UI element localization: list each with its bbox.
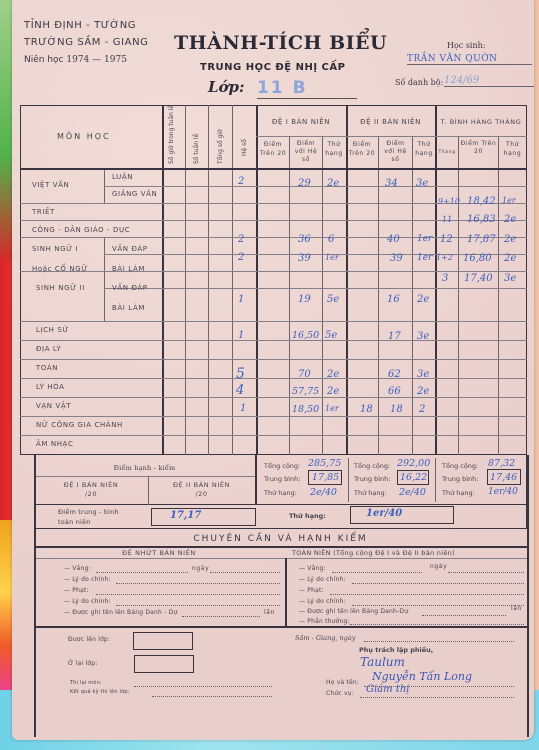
s1-score-viet-van: 29 xyxy=(298,178,311,189)
sem1-coef-score-header: Điểm với Hệ số xyxy=(291,140,321,164)
position-field[interactable] xyxy=(360,697,514,698)
subject-ly-hoa: LÝ HÓA xyxy=(36,383,65,391)
coef-lich-su: 1 xyxy=(238,330,244,341)
s1-rank-ly-hoa: 2e xyxy=(327,386,339,397)
month-rank-2: 2e xyxy=(504,214,516,225)
year-average-label-1: Điểm trung - bình xyxy=(58,508,119,516)
s1-rank-toan: 2e xyxy=(327,369,339,380)
month-rank-3: 2e xyxy=(504,234,516,245)
s1-score-toan: 70 xyxy=(298,369,311,380)
sem1-total-label: Tổng cộng: xyxy=(264,462,300,470)
name-label: Họ và tên: xyxy=(326,679,359,686)
left-reason-label: — Lý do chính: xyxy=(64,576,111,583)
coef-sinh-ngu-2: 1 xyxy=(238,294,244,305)
subject-cong-dan: CÔNG - DÂN GIÁO - DỤC xyxy=(32,226,130,234)
left-times-label: lần xyxy=(264,609,275,616)
s2-rank-toan: 3e xyxy=(417,369,429,380)
sem1-header: ĐỆ I BÁN NIÊN xyxy=(256,118,346,126)
coef-cong-dan: 2 xyxy=(238,234,244,245)
left-reason-field[interactable] xyxy=(116,583,280,584)
s2-score-toan: 62 xyxy=(388,369,401,380)
subject-sub-van-dap-1: VẤN ĐÁP xyxy=(112,245,148,253)
sem2-total-label: Tổng cộng: xyxy=(354,462,390,470)
month-2: 11 xyxy=(442,215,452,224)
monthly-avg-value: 17,46 xyxy=(490,472,517,483)
s1-rank-lich-su: 5e xyxy=(325,330,337,341)
conduct-sem2-denom: /20 xyxy=(148,490,255,498)
student-label: Học sinh: xyxy=(447,41,485,50)
month-5: 3 xyxy=(442,273,448,284)
subject-sub-van-dap-2: VẤN ĐÁP xyxy=(112,284,148,292)
s2-score-sinh-ngu-2: 16 xyxy=(387,294,400,305)
month-score-1: 18,42 xyxy=(467,196,496,207)
sem1-rank-label: Thứ hạng: xyxy=(264,489,297,497)
attendance-title: CHUYÊN CẦN VÀ HẠNH KIỂM xyxy=(34,534,527,544)
teacher-label: Phụ trách lập phiếu, xyxy=(359,646,433,654)
year-rank-value: 1er/40 xyxy=(366,508,402,519)
s2-rank-ly-hoa: 2e xyxy=(417,386,429,397)
retake-field[interactable] xyxy=(134,686,272,687)
page-title: THÀNH-TÍCH BIỂU xyxy=(174,32,387,54)
left-absent-field[interactable] xyxy=(96,572,188,573)
position-label: Chức vụ: xyxy=(326,690,354,697)
s2-coef-van-vat: 18 xyxy=(390,404,403,415)
sem2-coef-score-header: Điểm với Hệ số xyxy=(380,140,411,164)
right-reason2-field[interactable] xyxy=(352,605,524,606)
sem1-avg-value: 17,85 xyxy=(312,472,339,483)
s1-rank-viet-van: 2e xyxy=(327,178,339,189)
left-penalty-field[interactable] xyxy=(96,594,280,595)
position-value: Giám thị xyxy=(366,684,409,695)
right-absent-field[interactable] xyxy=(332,572,422,573)
subject-sub-luan: LUẬN xyxy=(112,173,133,181)
promoted-box[interactable] xyxy=(133,632,193,650)
right-penalty-label: — Phạt: xyxy=(299,587,324,594)
month-header: Tháng xyxy=(436,150,458,155)
sem2-avg-value: 16,22 xyxy=(400,472,427,483)
conduct-label: Điểm hạnh - kiểm xyxy=(34,464,255,472)
student-name: TRẦN VĂN QUỜN xyxy=(407,54,532,65)
month-rank-4: 2e xyxy=(504,253,516,264)
year-rank-label: Thứ hạng: xyxy=(289,512,326,520)
year-average-box xyxy=(151,508,256,526)
s1-score-ly-hoa: 57,75 xyxy=(292,386,319,397)
s2-rank-sinh-ngu-1: 1er xyxy=(417,253,432,263)
left-penalty-label: — Phạt: xyxy=(64,587,89,594)
sem1-rank-header: Thứ hạng xyxy=(323,140,345,158)
monthly-avg-label: Trung bình: xyxy=(442,475,478,483)
right-reason-field[interactable] xyxy=(352,583,524,584)
month-score-3: 17,87 xyxy=(467,234,496,245)
total-hours-header: Tổng số giờ xyxy=(217,114,224,164)
coef-sinh-ngu-1: 2 xyxy=(238,252,244,263)
s2-score-viet-van: 34 xyxy=(385,178,398,189)
subject-triet: TRIẾT xyxy=(32,208,55,216)
sem1-score-header: Điểm Trên 20 xyxy=(258,140,288,158)
promoted-label: Được lên lớp: xyxy=(68,636,110,643)
s1-score-sinh-ngu-1: 39 xyxy=(298,253,311,264)
subject-sinh-ngu-2: SINH NGỮ II xyxy=(36,284,85,292)
school-year: Niên học 1974 — 1975 xyxy=(24,55,127,65)
left-honor-field[interactable] xyxy=(182,616,260,617)
right-times-label: lần xyxy=(511,605,522,612)
right-day-field[interactable] xyxy=(448,572,524,573)
signature: Taulum xyxy=(360,655,405,669)
right-reason-label: — Lý do chính: xyxy=(299,576,346,583)
coef-van-vat: 1 xyxy=(240,403,246,414)
right-honor-label: — Được ghi tên lên Bảng Danh-Dự xyxy=(299,608,408,615)
monthly-rank-value: 1er/40 xyxy=(488,487,518,497)
subject-van-vat: VẠN VẬT xyxy=(36,402,71,410)
conduct-sem1-denom: /20 xyxy=(34,490,148,498)
s2-score-ly-hoa: 66 xyxy=(388,386,401,397)
s2-rank-cong-dan: 1er xyxy=(417,234,432,244)
right-penalty-field[interactable] xyxy=(330,594,524,595)
coef-viet-van: 2 xyxy=(238,176,244,187)
report-card-paper: TỈNH ĐỊNH - TƯỜNG TRƯỜNG SẦM - GIANG Niê… xyxy=(12,0,534,740)
month-score-5: 17,40 xyxy=(464,273,493,284)
s1-score-cong-dan: 36 xyxy=(298,234,311,245)
school-label: TRƯỜNG SẦM - GIANG xyxy=(24,37,149,48)
s2-rank-sinh-ngu-2: 2e xyxy=(417,294,429,305)
year-average-label-2: toàn niên xyxy=(58,518,91,526)
month-rank-5: 3e xyxy=(504,273,516,284)
right-honor-field[interactable] xyxy=(422,615,506,616)
subject-co-ngu: Hoặc CỔ NGỮ xyxy=(32,265,88,273)
attendance-right-header: TOÀN NIÊN (Tổng cộng Đệ I và Đệ II bán n… xyxy=(292,549,455,557)
class-label: Lớp: xyxy=(208,78,245,96)
s1-score-sinh-ngu-2: 19 xyxy=(298,294,311,305)
subject-am-nhac: ÂM NHẠC xyxy=(36,440,73,448)
sem2-score-header: Điểm Trên 20 xyxy=(347,140,377,158)
s1-rank-cong-dan: 6 xyxy=(328,234,334,245)
subject-sub-giang-van: GIẢNG VĂN xyxy=(112,190,157,198)
s2-score-lich-su: 17 xyxy=(388,331,401,342)
roll-value: 124/69 xyxy=(444,75,534,87)
s2-rank-lich-su: 3e xyxy=(417,331,429,342)
retake-label: Thi lại môn: xyxy=(70,680,102,686)
s2-score-cong-dan: 40 xyxy=(387,234,400,245)
s2-score-sinh-ngu-1: 39 xyxy=(390,253,403,264)
sem1-total-value: 285,75 xyxy=(308,458,341,469)
month-rank-1: 1er xyxy=(502,196,516,205)
coefficient-header: Hệ số xyxy=(241,116,248,156)
sem2-total-value: 292,00 xyxy=(397,458,430,469)
coef-toan: 5 xyxy=(236,366,245,382)
subject-toan: TOÁN xyxy=(36,364,58,372)
hours-per-week-header: Số giờ trong tuần lễ xyxy=(168,108,175,164)
monthly-rank-label: Thứ hạng: xyxy=(442,489,475,497)
left-honor-label: — Được ghi tên lên Bảng Danh - Dự xyxy=(64,609,177,616)
subject-nu-cong: NỮ CÔNG GIA CHÁNH xyxy=(36,421,123,429)
left-day-label: ngày xyxy=(192,565,209,572)
retake-result-label: Kết quả kỳ thi lên lớp: xyxy=(70,689,130,695)
retained-box[interactable] xyxy=(134,655,194,673)
province-label: TỈNH ĐỊNH - TƯỜNG xyxy=(24,20,136,31)
subject-sub-bai-lam-1: BÀI LÀM xyxy=(112,265,145,273)
monthly-total-value: 87,32 xyxy=(488,458,515,469)
month-3: 12 xyxy=(440,234,453,245)
s2-rank-viet-van: 3e xyxy=(416,178,428,189)
left-reason2-label: — Lý do chính: xyxy=(64,598,111,605)
right-day-label: ngày xyxy=(430,563,447,570)
s1-score-van-vat: 18,50 xyxy=(292,404,319,415)
page-subtitle: TRUNG HỌC ĐỆ NHỊ CẤP xyxy=(200,62,345,73)
s1-score-lich-su: 16,50 xyxy=(292,330,319,341)
left-reason2-field[interactable] xyxy=(116,605,280,606)
sem2-rank-label: Thứ hạng: xyxy=(354,489,387,497)
sem2-rank-header: Thứ hạng xyxy=(413,140,435,158)
coef-ly-hoa: 4 xyxy=(236,383,244,398)
right-award-label: — Phần thưởng: xyxy=(299,618,350,625)
subject-dia-ly: ĐỊA LÝ xyxy=(36,345,61,353)
conduct-sem2-label: ĐỆ II BÁN NIÊN xyxy=(148,481,255,489)
sem1-avg-label: Trung bình: xyxy=(264,475,300,483)
subject-header: MÔN HỌC xyxy=(57,132,111,141)
subject-lich-su: LỊCH SỬ xyxy=(36,326,69,334)
right-absent-label: — Vắng: xyxy=(299,565,326,572)
attendance-left-header: ĐỆ NHỨT BÁN NIÊN xyxy=(34,549,284,557)
s1-rank-van-vat: 1er xyxy=(325,404,339,413)
month-score-2: 16,83 xyxy=(467,214,496,225)
class-value: 11 B xyxy=(257,78,357,99)
month-1: 9+10 xyxy=(438,197,460,206)
left-day-field[interactable] xyxy=(210,572,280,573)
right-reason2-label: — Lý do chính: xyxy=(299,598,346,605)
roll-label: Số danh bộ: xyxy=(395,78,443,87)
left-absent-label: — Vắng: xyxy=(64,565,91,572)
sem1-rank-value: 2e/40 xyxy=(310,487,337,498)
right-award-field[interactable] xyxy=(350,624,524,625)
month-score-4: 16,80 xyxy=(463,253,492,264)
conduct-sem1-label: ĐỆ I BÁN NIÊN xyxy=(34,481,148,489)
monthly-header: T. BÌNH HÀNG THÁNG xyxy=(435,118,527,126)
s2-score20-van-vat: 18 xyxy=(360,404,373,415)
name-value: Nguyễn Tấn Long xyxy=(372,670,472,683)
subject-sub-bai-lam-2: BÀI LÀM xyxy=(112,304,145,312)
s1-rank-sinh-ngu-2: 5e xyxy=(327,294,339,305)
subject-viet-van: VIỆT VĂN xyxy=(32,181,69,189)
s2-rank-van-vat: 2 xyxy=(419,404,425,415)
weeks-header: Số tuần lễ xyxy=(193,114,200,164)
month-4: 1+2 xyxy=(436,253,453,262)
date-field[interactable] xyxy=(364,641,514,642)
year-average-value: 17,17 xyxy=(170,510,201,521)
retake-result-field[interactable] xyxy=(152,696,272,697)
s1-rank-sinh-ngu-1: 1er xyxy=(325,253,339,262)
month-score-header: Điểm Trên 20 xyxy=(460,140,497,156)
place-date-label: Sầm - Giang, ngày xyxy=(295,634,355,642)
month-rank-header: Thứ hạng xyxy=(499,140,526,158)
subject-sinh-ngu-1: SINH NGỮ I xyxy=(32,245,78,253)
sem2-avg-label: Trung bình: xyxy=(354,475,390,483)
sem2-header: ĐỆ II BÁN NIÊN xyxy=(346,118,435,126)
monthly-total-label: Tổng cộng: xyxy=(442,462,478,470)
retained-label: Ở lại lớp: xyxy=(68,660,97,667)
sem2-rank-value: 2e/40 xyxy=(399,487,426,498)
